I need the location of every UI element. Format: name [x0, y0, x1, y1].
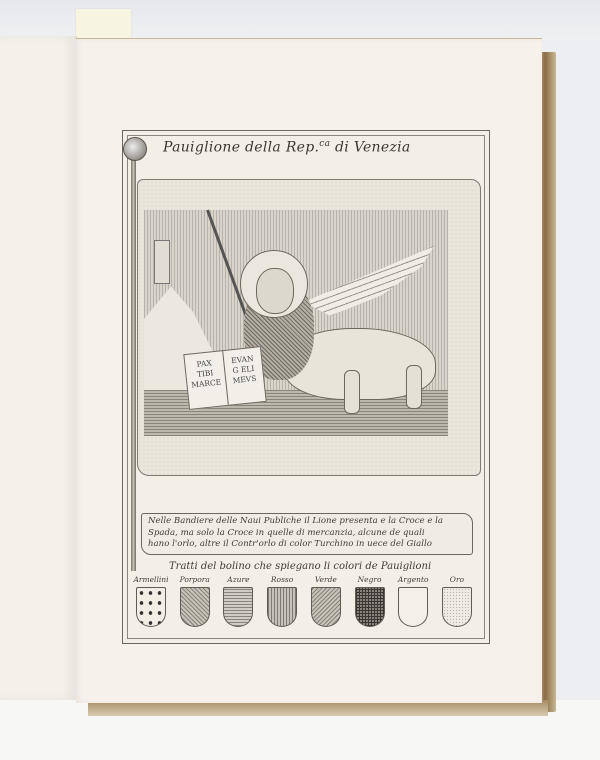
shield-armellini: Armellini: [131, 575, 171, 627]
plate-title: Pauiglione della Rep.ca di Venezia: [163, 139, 411, 156]
banner-text: Nelle Bandiere delle Naui Publiche il Li…: [148, 516, 468, 551]
inscription-banner: Nelle Bandiere delle Naui Publiche il Li…: [141, 513, 473, 555]
shield-porpora: Porpora: [175, 575, 215, 627]
open-book: PAXTIBIMARCE EVANG ELIMEVS: [183, 346, 266, 410]
shield-argento: Argento: [393, 575, 433, 627]
shield-oro: Oro: [437, 575, 477, 627]
heraldic-key-title: Tratti del bolino che spiegano li colori…: [169, 561, 431, 572]
engraved-plate: Pauiglione della Rep.ca di Venezia PAXTI…: [122, 130, 490, 644]
shield-negro: Negro: [350, 575, 390, 627]
tower: [154, 240, 170, 284]
shield-verde: Verde: [306, 575, 346, 627]
shield-azure: Azure: [218, 575, 258, 627]
venetian-flag: PAXTIBIMARCE EVANG ELIMEVS: [137, 179, 481, 476]
book-left-page: PAXTIBIMARCE: [184, 351, 228, 409]
flag-pole: [131, 151, 136, 571]
lion-wing: [304, 246, 434, 316]
lion-leg: [406, 365, 422, 409]
shield-rosso: Rosso: [262, 575, 302, 627]
lion-leg: [344, 370, 360, 414]
lion-of-saint-mark-scene: PAXTIBIMARCE EVANG ELIMEVS: [144, 210, 448, 436]
heraldic-shields: Armellini Porpora Azure Rosso Verde Negr…: [131, 575, 477, 627]
lion-face: [256, 268, 294, 314]
pole-finial: [123, 137, 147, 161]
left-page: [0, 36, 77, 700]
book-right-page: EVANG ELIMEVS: [223, 347, 266, 405]
